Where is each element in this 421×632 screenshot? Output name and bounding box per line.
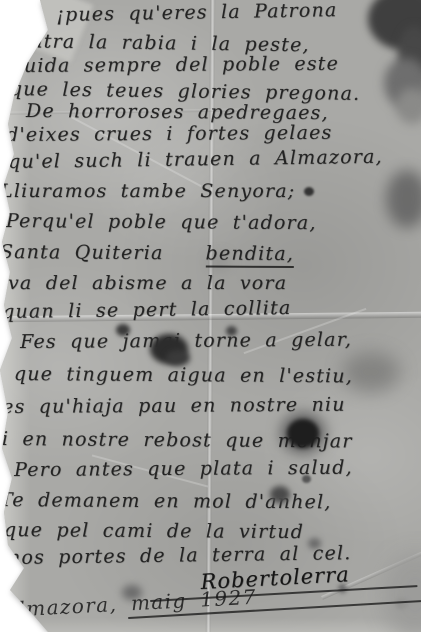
poem-line-15: es qu'hiaja pau en nostre niu: [2, 394, 346, 418]
paper-surface: ¡pues qu'eres la Patrona contra la rabia…: [0, 0, 421, 632]
underlined-word: bendita,: [205, 242, 294, 268]
poem-line-12: quan li se pert la collita: [2, 297, 292, 323]
ink-stain: [396, 88, 421, 124]
poem-line-3: cuida sempre del poble este: [12, 53, 339, 77]
ink-dot: [226, 326, 237, 336]
poem-line-9: Perqu'el poble que t'adora,: [6, 210, 317, 234]
poem-line-6: d'eixes crues i fortes gelaes: [6, 122, 333, 146]
poem-line-5: De horroroses apedregaes,: [26, 100, 329, 124]
poem-line-14: que tinguem aigua en l'estiu,: [14, 363, 353, 387]
ink-dot: [116, 324, 130, 336]
ink-blot: [166, 350, 190, 366]
ink-stain: [386, 170, 421, 228]
ink-dot: [302, 475, 311, 483]
paper-sheet: ¡pues qu'eres la Patrona contra la rabia…: [0, 0, 421, 632]
ink-blot: [287, 419, 319, 448]
poem-line-10: Santa Quiteriabendita,: [0, 241, 294, 265]
poem-line-11: va del abisme a la vora: [8, 272, 287, 294]
poem-line-10-text: Santa Quiteria: [0, 241, 164, 264]
photo-background: ¡pues qu'eres la Patrona contra la rabia…: [0, 0, 421, 632]
poem-line-19: que pel cami de la virtud: [4, 519, 304, 543]
ink-dot: [304, 187, 314, 196]
ink-blot: [270, 486, 290, 503]
poem-line-7: qu'el such li trauen a Almazora,: [8, 146, 383, 173]
poem-line-1: ¡pues qu'eres la Patrona: [56, 0, 338, 26]
gray-smudge: [382, 552, 421, 632]
poem-line-8: Lliuramos tambe Senyora;: [0, 180, 295, 202]
